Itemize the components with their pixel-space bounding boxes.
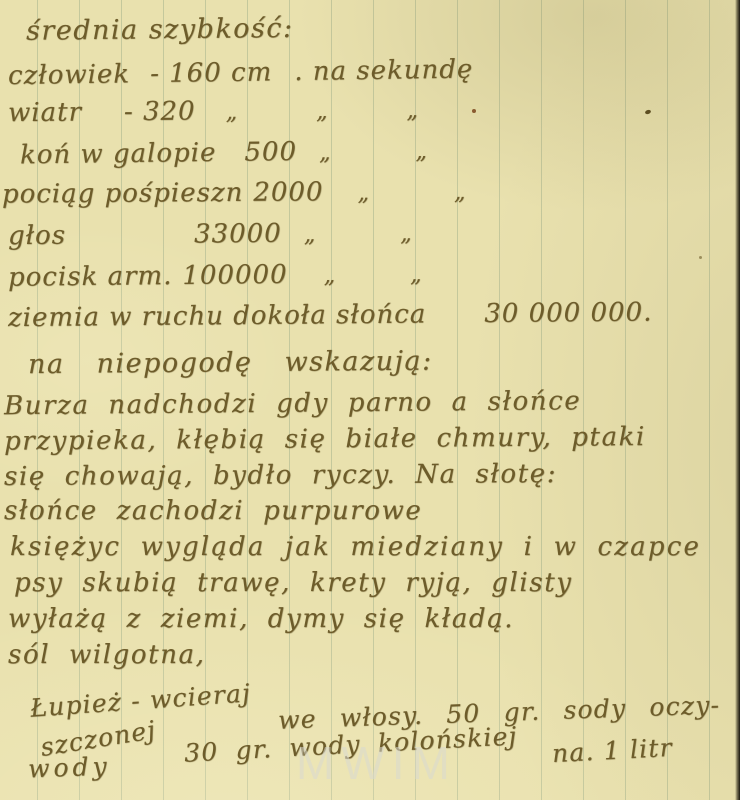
- scanned-notebook-page: { "page": { "paper_color": "#e9e1ae", "r…: [0, 0, 740, 800]
- speed-row-sound: głos 33000 „ „: [8, 216, 732, 252]
- speed-row-label: ziemia w ruchu dokoła słońca: [8, 301, 427, 333]
- ditto-marks: „ „ „: [226, 98, 418, 128]
- ink-speck: [699, 256, 702, 259]
- speed-row-label: wiatr: [8, 99, 82, 128]
- speed-row-value: 33000: [194, 220, 282, 249]
- speed-row-train: pociąg pośpieszn 2000 „ „: [2, 175, 732, 210]
- speed-row-label: głos: [8, 222, 66, 251]
- weather-line: sól wilgotna,: [8, 637, 740, 673]
- speed-section-title: średnia szybkość:: [26, 8, 732, 46]
- section-weather-signs: na niepogodę wskazują: Burza nadchodzi g…: [4, 346, 740, 673]
- speed-row-unit: . na sekundę: [294, 56, 473, 86]
- weather-line: wyłażą z ziemi, dymy się kładą.: [8, 601, 740, 637]
- speed-table: człowiek - 160 cm . na sekundę wiatr - 3…: [8, 57, 732, 329]
- speed-row-value: 30 000 000.: [484, 299, 652, 328]
- section-average-speed: średnia szybkość: człowiek - 160 cm . na…: [8, 12, 732, 340]
- speed-row-value: 500: [244, 138, 297, 167]
- speed-row-wind: wiatr - 320 „ „ „: [8, 93, 732, 129]
- speed-row-value: 2000: [253, 178, 323, 206]
- speed-row-horse: koń w galopie 500 „ „: [20, 133, 732, 172]
- speed-row-value: 100000: [182, 261, 288, 290]
- weather-line: księżyc wygląda jak miedziany i w czapce: [10, 529, 740, 565]
- weather-line: Burza nadchodzi gdy parno a słońce: [4, 382, 740, 424]
- ditto-marks: „ „: [357, 179, 465, 208]
- speed-row-label: koń w galopie: [20, 139, 217, 169]
- remedy-fragment: wody: [28, 752, 112, 784]
- ditto-marks: „ „: [319, 138, 427, 167]
- weather-heading: na niepogodę wskazują:: [28, 343, 740, 380]
- speed-row-label: pociąg pośpieszn: [2, 179, 244, 209]
- weather-line: się chowają, bydło ryczy. Na słotę:: [4, 455, 740, 495]
- speed-row-label: człowiek: [8, 60, 130, 90]
- archive-watermark: MWIM: [296, 736, 457, 790]
- speed-row-value: - 320: [124, 98, 196, 127]
- speed-row-earth: ziemia w ruchu dokoła słońca 30 000 000.: [8, 298, 732, 332]
- weather-line: słońce zachodzi purpurowe: [4, 493, 740, 529]
- speed-row-label: pocisk arm.: [8, 262, 173, 292]
- speed-row-human: człowiek - 160 cm . na sekundę: [8, 52, 732, 90]
- speed-row-value: - 160 cm: [150, 58, 273, 88]
- weather-line: psy skubią trawę, krety ryją, glisty: [14, 565, 740, 601]
- weather-line: przypieka, kłębią się białe chmury, ptak…: [4, 418, 740, 459]
- ditto-marks: „ „: [304, 221, 412, 250]
- ditto-marks: „ „: [324, 261, 422, 290]
- speed-row-shell: pocisk arm. 100000 „ „: [8, 256, 732, 294]
- ink-speck: [472, 109, 476, 113]
